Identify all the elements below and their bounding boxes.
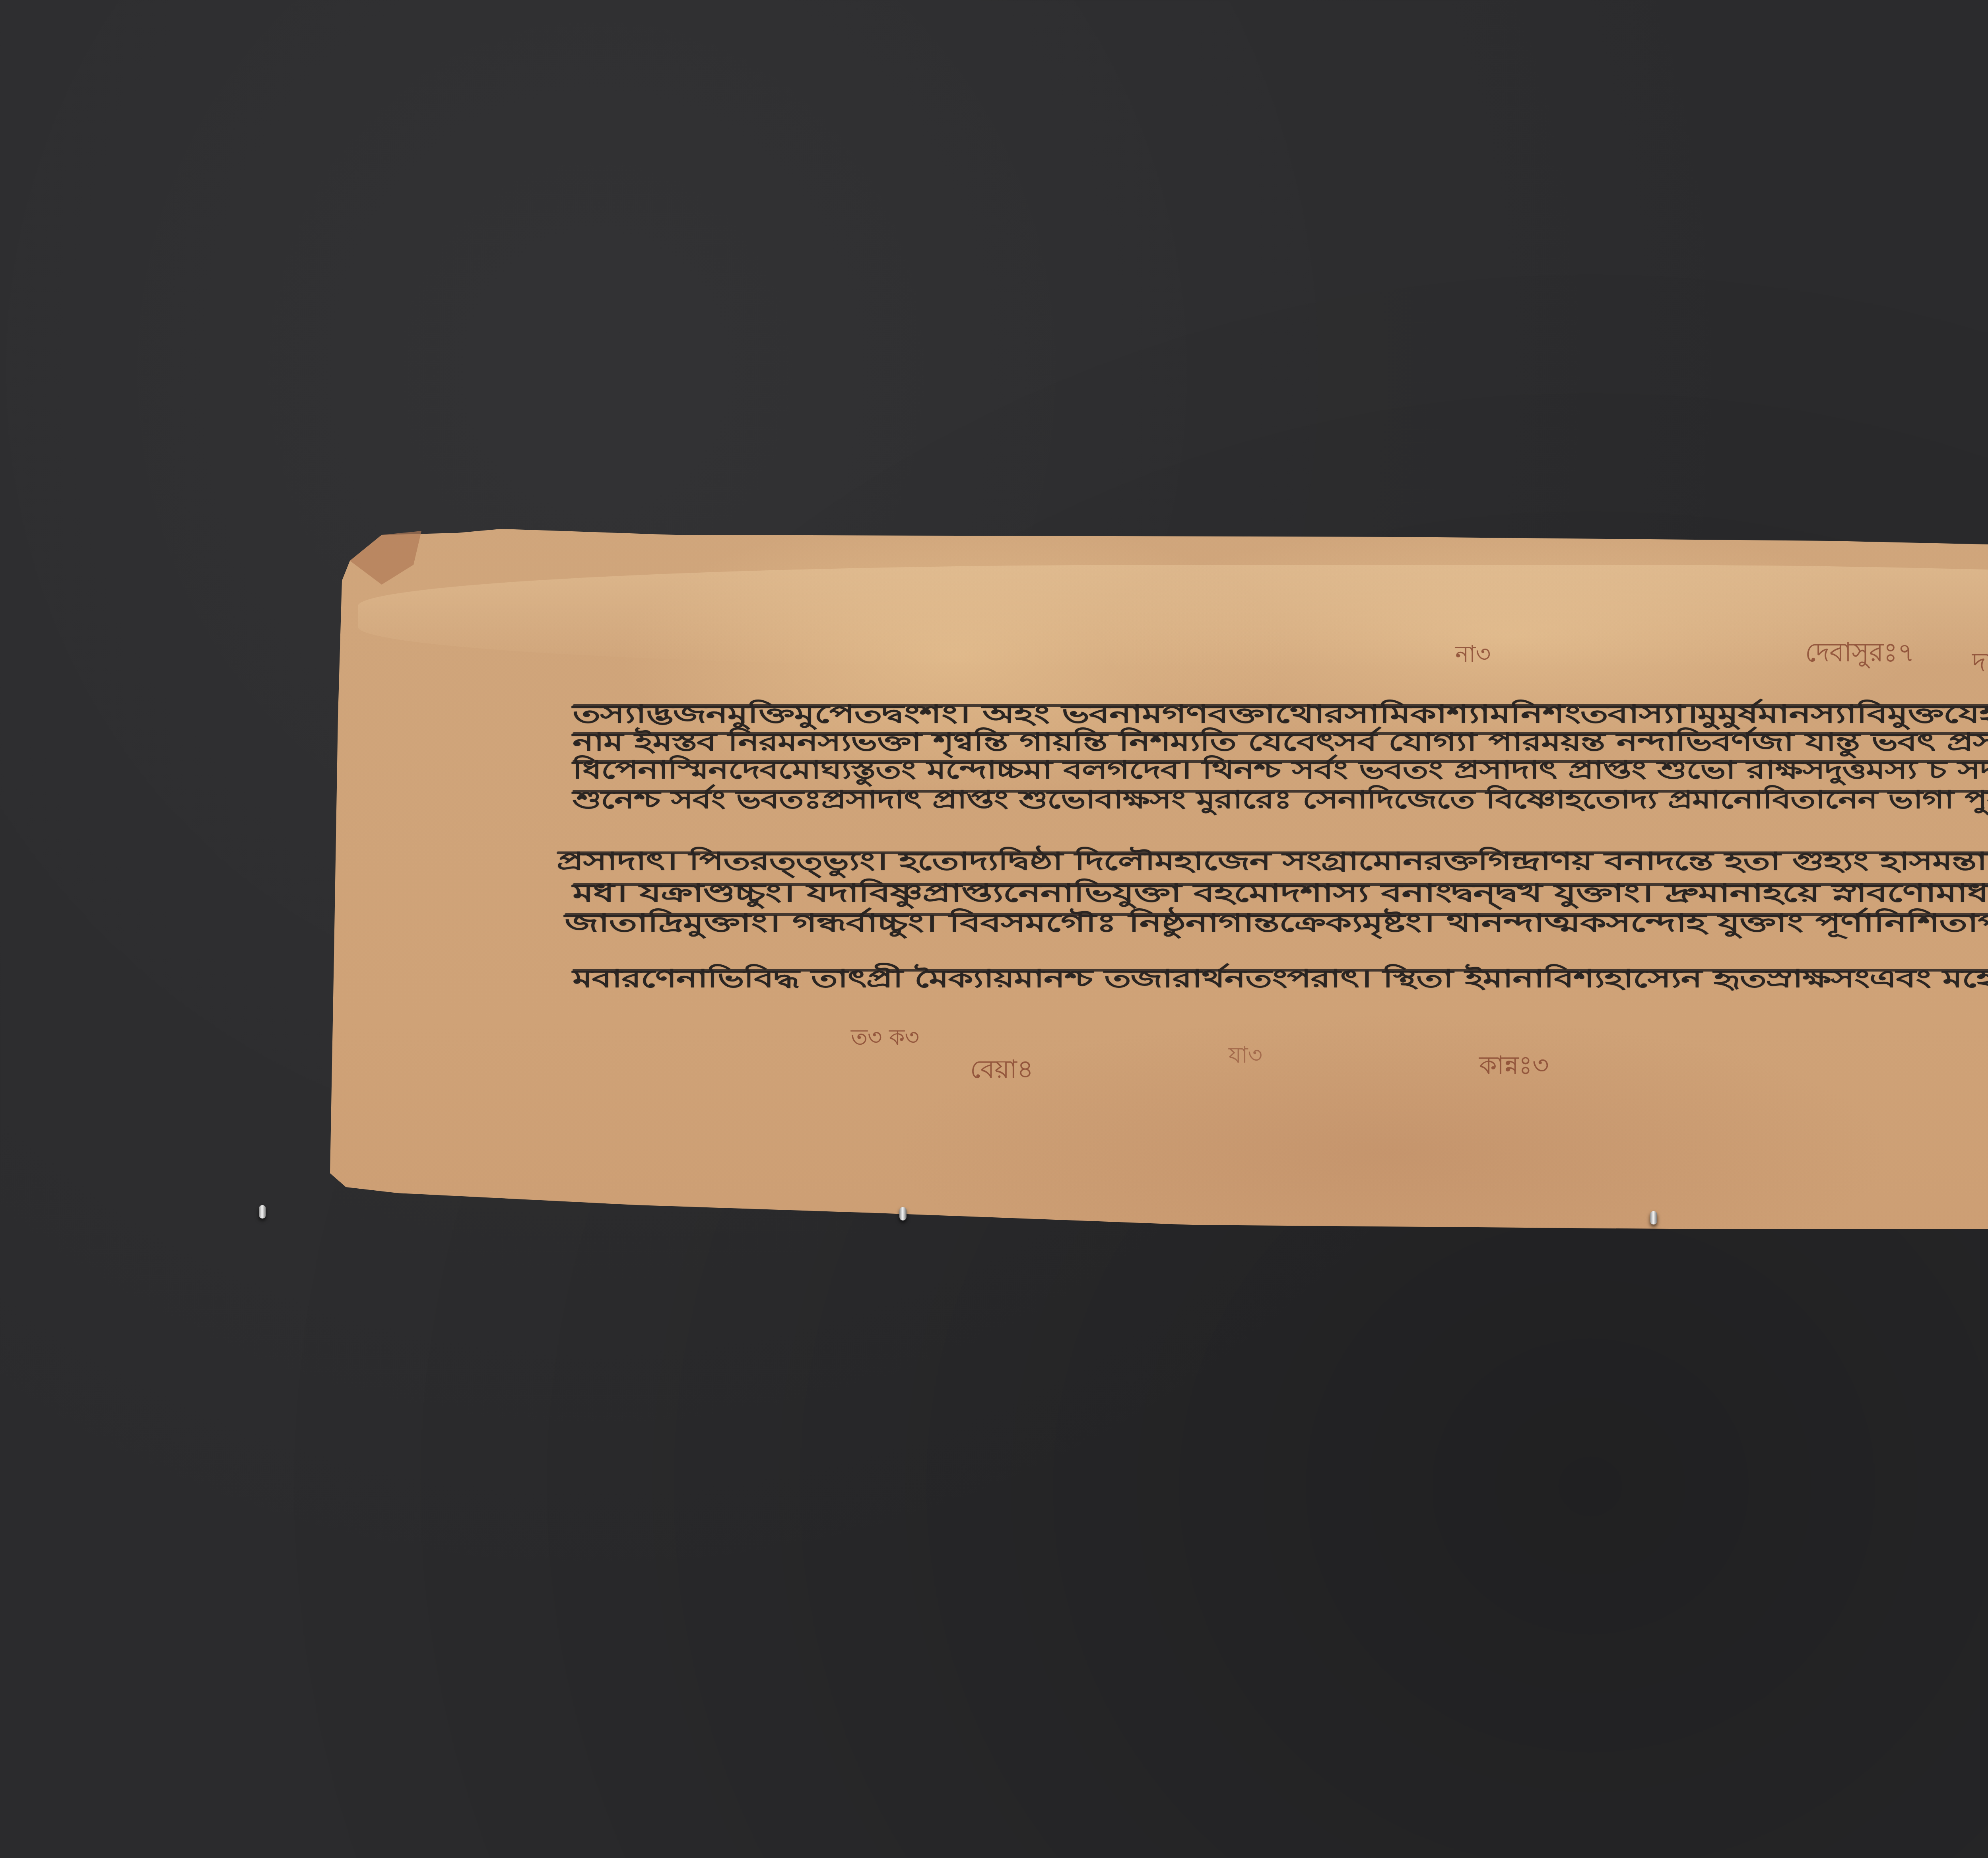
annotation-bottom: ত৩ ক৩ — [851, 1020, 919, 1057]
annotation-bottom: যা৩ — [1229, 1038, 1262, 1075]
text-line: তস্যাদ্ভজনমুক্তিমুপেতদ্বংশং। অহং ভবনামগণ… — [573, 702, 1988, 727]
text-line: মধ। যক্রাণ্ডচ্চুং। যদাবিষ্ণুপ্রাপ্ত্যনেন… — [573, 881, 1988, 906]
text-line: নাম ইমস্তব নিরমনস্যভক্তা শৃণ্বন্তি গায়ন… — [573, 730, 1988, 754]
annotation-top: না৩ — [1455, 636, 1491, 675]
text-line: শুনেশ্চ সর্বং ভবতঃপ্রসাদাৎ প্রাপ্তং শুভো… — [573, 787, 1988, 812]
annotation-top: দাং৮। — [1972, 642, 1988, 686]
text-line: মবারণেনাভিবিদ্ধ তাৎপ্রী মৈক্যায়মানশ্চ ত… — [573, 966, 1988, 991]
annotation-bottom: কান্নঃ৩ — [1479, 1046, 1549, 1088]
mounting-pin — [259, 1205, 266, 1219]
text-line: ধিপেনাস্মিনদেবমোঘ্যস্তুতং মন্দোচ্চমা বলগ… — [573, 758, 1988, 782]
manuscript-photo: না৩ দেবাসুরঃ৭ দাং৮। তস্যাদ্ভজনমুক্তিমুপে… — [0, 0, 1988, 1858]
text-line: জাতাদ্রিমুক্তাং। গন্ধর্বাচ্চুং। বিবসমগৌঃ… — [565, 911, 1988, 935]
annotation-top: দেবাসুরঃ৭ — [1805, 632, 1914, 676]
text-line: প্রসাদাৎ। পিতরত্ত্ভ্যুং। হতোদ্যদ্বিষ্ঠা … — [557, 849, 1988, 874]
mounting-pin — [1650, 1211, 1657, 1224]
mounting-pin — [899, 1207, 907, 1221]
water-stain — [358, 565, 1988, 668]
annotation-bottom: বেয়া৪ — [970, 1050, 1033, 1092]
